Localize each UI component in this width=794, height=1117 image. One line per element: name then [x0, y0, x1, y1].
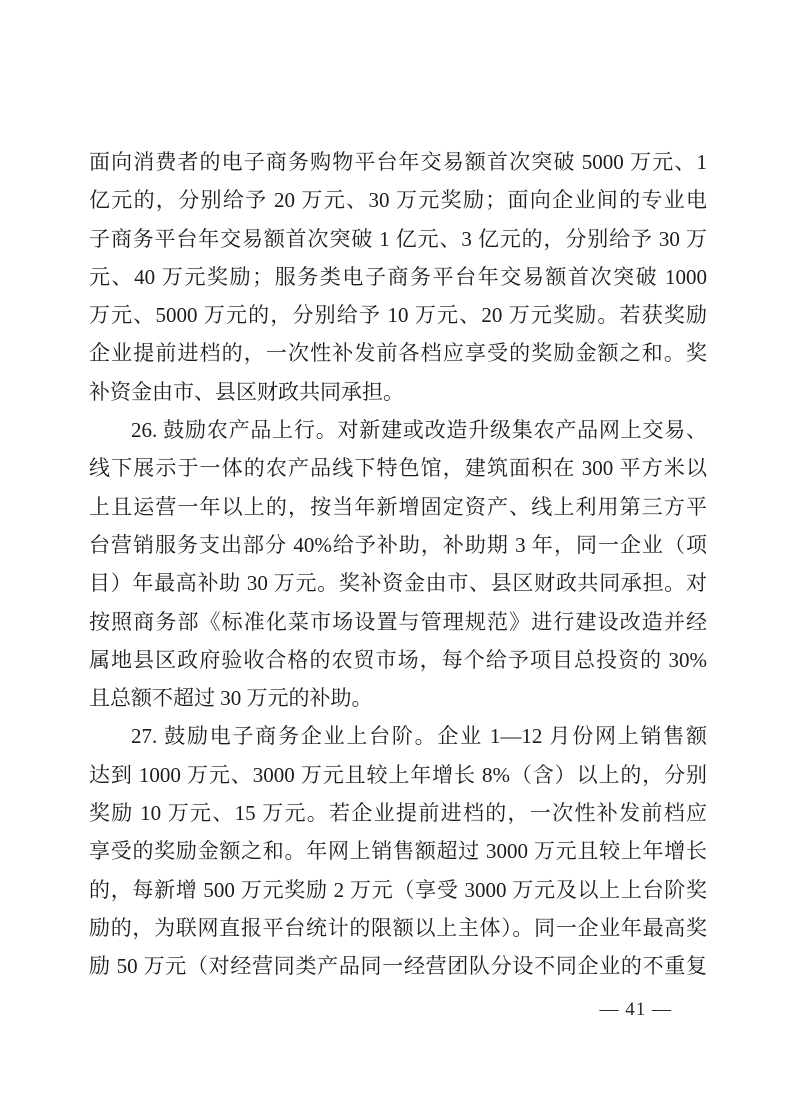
text-block: 面向消费者的电子商务购物平台年交易额首次突破 5000 万元、1亿元的，分别给予… [89, 143, 707, 986]
text-line: 面向消费者的电子商务购物平台年交易额首次突破 5000 万元、1 [89, 143, 707, 181]
text-line: 26. 鼓励农产品上行。对新建或改造升级集农产品网上交易、 [89, 411, 707, 449]
text-line: 企业提前进档的，一次性补发前各档应享受的奖励金额之和。奖 [89, 334, 707, 372]
text-line: 且总额不超过 30 万元的补助。 [89, 679, 707, 717]
page-number: — 41 — [0, 998, 672, 1022]
text-line: 按照商务部《标准化菜市场设置与管理规范》进行建设改造并经 [89, 603, 707, 641]
text-line: 目）年最高补助 30 万元。奖补资金由市、县区财政共同承担。对 [89, 564, 707, 602]
text-line: 属地县区政府验收合格的农贸市场，每个给予项目总投资的 30% [89, 641, 707, 679]
text-line: 享受的奖励金额之和。年网上销售额超过 3000 万元且较上年增长 [89, 832, 707, 870]
text-line: 奖励 10 万元、15 万元。若企业提前进档的，一次性补发前档应 [89, 794, 707, 832]
text-line: 的，每新增 500 万元奖励 2 万元（享受 3000 万元及以上上台阶奖 [89, 871, 707, 909]
text-line: 补资金由市、县区财政共同承担。 [89, 373, 707, 411]
text-line: 亿元的，分别给予 20 万元、30 万元奖励；面向企业间的专业电 [89, 181, 707, 219]
text-line: 达到 1000 万元、3000 万元且较上年增长 8%（含）以上的，分别 [89, 756, 707, 794]
text-line: 27. 鼓励电子商务企业上台阶。企业 1—12 月份网上销售额 [89, 717, 707, 755]
text-line: 子商务平台年交易额首次突破 1 亿元、3 亿元的，分别给予 30 万 [89, 220, 707, 258]
text-line: 元、40 万元奖励；服务类电子商务平台年交易额首次突破 1000 [89, 258, 707, 296]
document-page: 面向消费者的电子商务购物平台年交易额首次突破 5000 万元、1亿元的，分别给予… [0, 0, 794, 1117]
text-line: 台营销服务支出部分 40%给予补助，补助期 3 年，同一企业（项 [89, 526, 707, 564]
text-line: 励的，为联网直报平台统计的限额以上主体）。同一企业年最高奖 [89, 909, 707, 947]
text-line: 万元、5000 万元的，分别给予 10 万元、20 万元奖励。若获奖励 [89, 296, 707, 334]
text-line: 上且运营一年以上的，按当年新增固定资产、线上利用第三方平 [89, 488, 707, 526]
text-line: 线下展示于一体的农产品线下特色馆，建筑面积在 300 平方米以 [89, 449, 707, 487]
text-line: 励 50 万元（对经营同类产品同一经营团队分设不同企业的不重复 [89, 947, 707, 985]
